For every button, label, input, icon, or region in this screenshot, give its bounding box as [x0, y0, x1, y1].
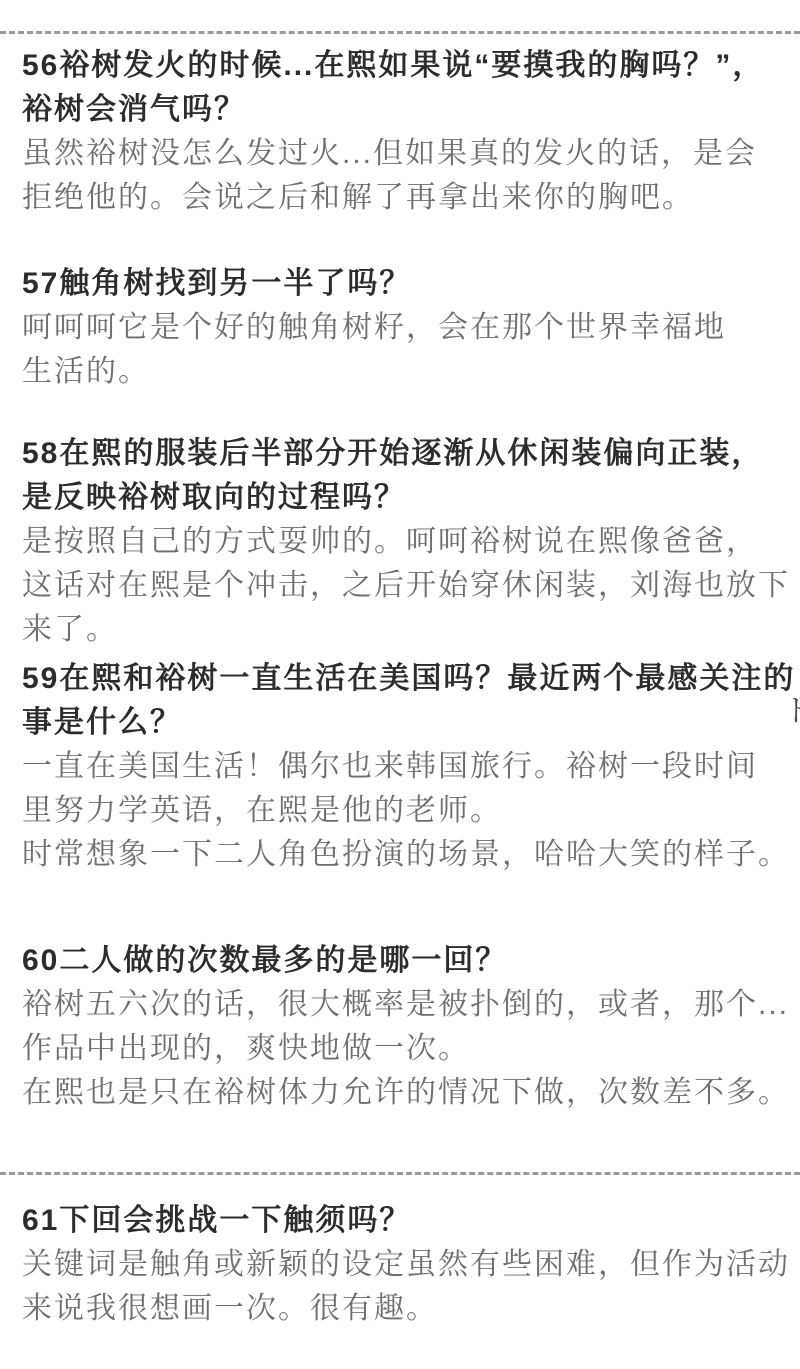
answer-line: 拒绝他的。会说之后和解了再拿出来你的胸吧。: [22, 176, 794, 220]
question-line: 裕树会消气吗？: [22, 88, 794, 132]
qa-section-58: 58在熙的服装后半部分开始逐渐从休闲装偏向正装， 是反映裕树取向的过程吗？ 是按…: [22, 432, 794, 652]
question-line: 59在熙和裕树一直生活在美国吗？最近两个最感关注的: [22, 657, 794, 701]
qa-section-59: 59在熙和裕树一直生活在美国吗？最近两个最感关注的 事是什么？ 一直在美国生活！…: [22, 657, 794, 877]
answer-line: 是按照自己的方式耍帅的。呵呵裕树说在熙像爸爸，: [22, 520, 794, 564]
question-line: 是反映裕树取向的过程吗？: [22, 476, 794, 520]
answer-line: 裕树五六次的话，很大概率是被扑倒的，或者，那个...: [22, 983, 794, 1027]
answer-line: 一直在美国生活！偶尔也来韩国旅行。裕树一段时间: [22, 745, 794, 789]
answer-line: 来了。: [22, 608, 794, 652]
answer-line: 关键词是触角或新颖的设定虽然有些困难，但作为活动: [22, 1243, 794, 1287]
answer-line: 在熙也是只在裕树体力允许的情况下做，次数差不多。: [22, 1071, 794, 1115]
edge-stray-mark: ト: [783, 686, 800, 730]
question-line: 56裕树发火的时候...在熙如果说“要摸我的胸吗？”，: [22, 44, 794, 88]
question-line: 57触角树找到另一半了吗？: [22, 262, 794, 306]
answer-line: 这话对在熙是个冲击，之后开始穿休闲装，刘海也放下: [22, 564, 794, 608]
answer-line: 虽然裕树没怎么发过火...但如果真的发火的话，是会: [22, 132, 794, 176]
qa-section-60: 60二人做的次数最多的是哪一回？ 裕树五六次的话，很大概率是被扑倒的，或者，那个…: [22, 939, 794, 1115]
qa-section-56: 56裕树发火的时候...在熙如果说“要摸我的胸吗？”， 裕树会消气吗？ 虽然裕树…: [22, 44, 794, 220]
answer-line: 来说我很想画一次。很有趣。: [22, 1287, 794, 1331]
qa-document-page: 56裕树发火的时候...在熙如果说“要摸我的胸吗？”， 裕树会消气吗？ 虽然裕树…: [0, 0, 800, 1369]
answer-line: 生活的。: [22, 350, 794, 394]
answer-line: 里努力学英语，在熙是他的老师。: [22, 789, 794, 833]
answer-line: 呵呵呵它是个好的触角树籽，会在那个世界幸福地: [22, 306, 794, 350]
qa-section-57: 57触角树找到另一半了吗？ 呵呵呵它是个好的触角树籽，会在那个世界幸福地 生活的…: [22, 262, 794, 394]
question-line: 60二人做的次数最多的是哪一回？: [22, 939, 794, 983]
answer-line: 作品中出现的，爽快地做一次。: [22, 1027, 794, 1071]
qa-section-61: 61下回会挑战一下触须吗？ 关键词是触角或新颖的设定虽然有些困难，但作为活动 来…: [22, 1199, 794, 1331]
qa-content-bottom: 61下回会挑战一下触须吗？ 关键词是触角或新颖的设定虽然有些困难，但作为活动 来…: [0, 1175, 800, 1331]
question-line: 58在熙的服装后半部分开始逐渐从休闲装偏向正装，: [22, 432, 794, 476]
qa-content-main: 56裕树发火的时候...在熙如果说“要摸我的胸吗？”， 裕树会消气吗？ 虽然裕树…: [0, 34, 800, 1115]
answer-line: 时常想象一下二人角色扮演的场景，哈哈大笑的样子。: [22, 833, 794, 877]
question-line: 事是什么？: [22, 701, 794, 745]
question-line: 61下回会挑战一下触须吗？: [22, 1199, 794, 1243]
